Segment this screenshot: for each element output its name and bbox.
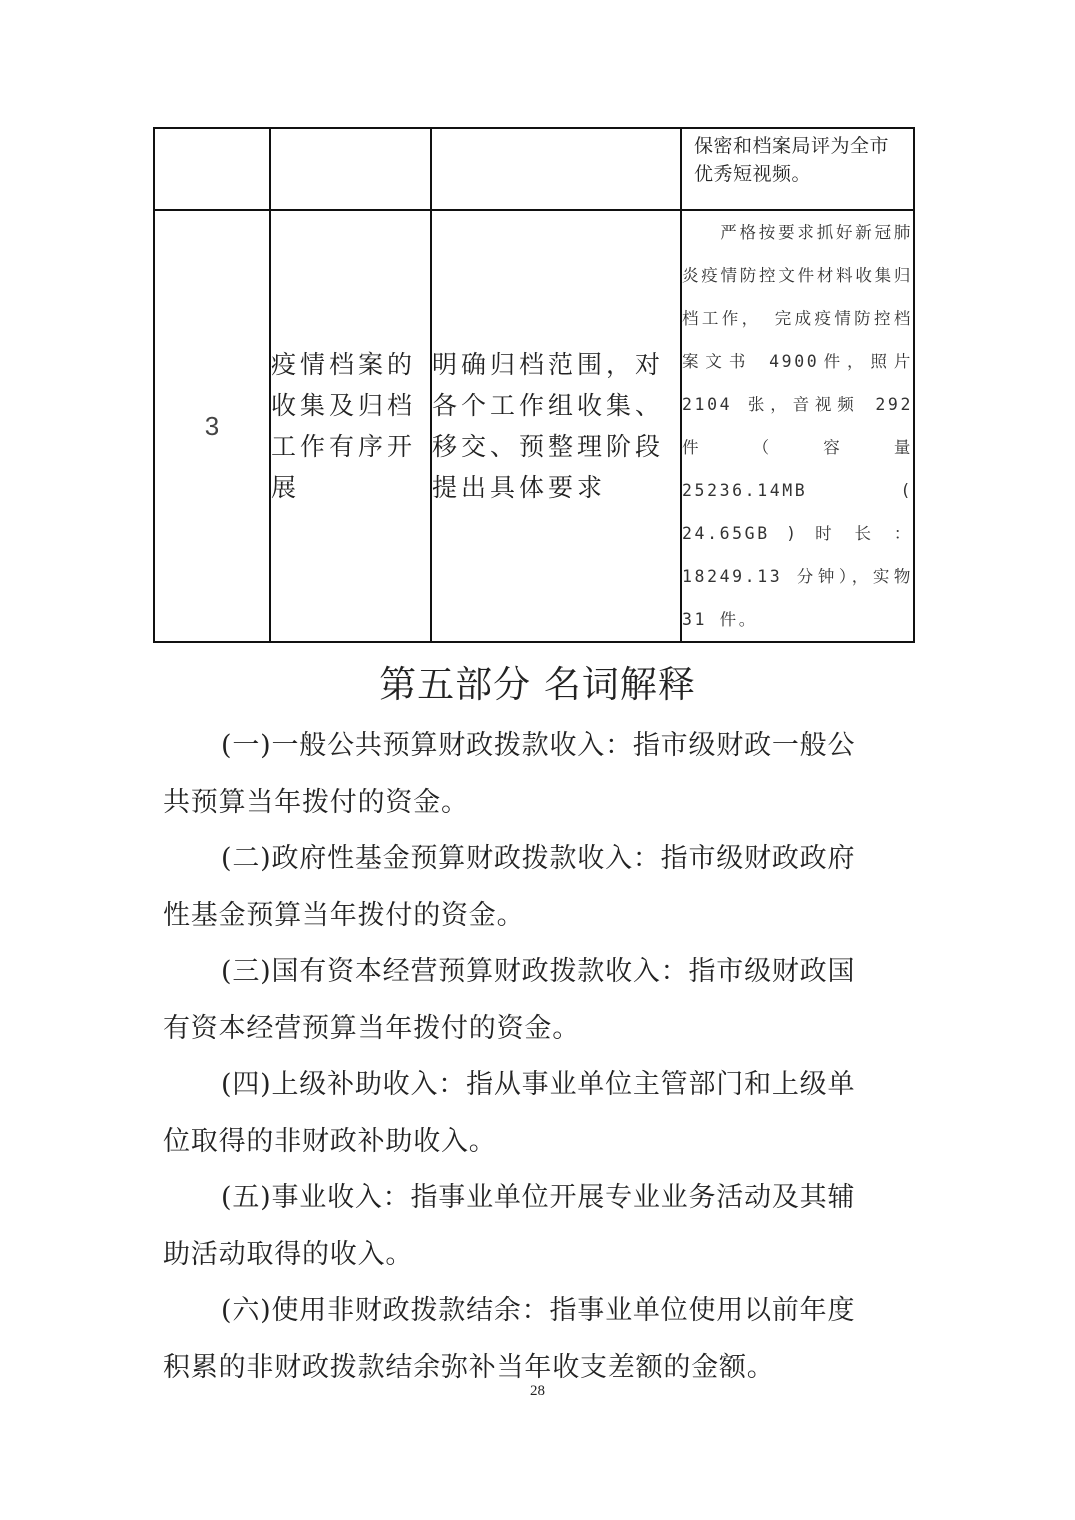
table-cell-requirement: 明确归档范围，对各个工作组收集、移交、预整理阶段提出具体要求 [431, 210, 681, 642]
table-cell-task: 疫情档案的收集及归档工作有序开展 [270, 210, 431, 642]
achievements-table: 保密和档案局评为全市优秀短视频。 3 疫情档案的收集及归档工作有序开展 明确归档… [153, 127, 915, 643]
table-cell-task-empty [270, 128, 431, 210]
table-cell-result: 保密和档案局评为全市优秀短视频。 [681, 128, 914, 210]
table-row-continued: 保密和档案局评为全市优秀短视频。 [154, 128, 914, 210]
table-cell-result: 严格按要求抓好新冠肺炎疫情防控文件材料收集归档工作， 完成疫情防控档案文书 49… [681, 210, 914, 642]
glossary-body: (一)一般公共预算财政拨款收入：指市级财政一般公共预算当年拨付的资金。 (二)政… [163, 718, 883, 1396]
result-text-continued: 保密和档案局评为全市优秀短视频。 [682, 129, 913, 188]
table-cell-number: 3 [154, 210, 270, 642]
table-row-3: 3 疫情档案的收集及归档工作有序开展 明确归档范围，对各个工作组收集、移交、预整… [154, 210, 914, 642]
glossary-paragraph: (五)事业收入：指事业单位开展专业业务活动及其辅助活动取得的收入。 [163, 1170, 883, 1283]
result-text: 严格按要求抓好新冠肺炎疫情防控文件材料收集归档工作， 完成疫情防控档案文书 49… [682, 223, 913, 629]
glossary-paragraph: (六)使用非财政拨款结余：指事业单位使用以前年度积累的非财政拨款结余弥补当年收支… [163, 1283, 883, 1396]
glossary-paragraph: (二)政府性基金预算财政拨款收入：指市级财政政府性基金预算当年拨付的资金。 [163, 831, 883, 944]
glossary-paragraph: (一)一般公共预算财政拨款收入：指市级财政一般公共预算当年拨付的资金。 [163, 718, 883, 831]
glossary-paragraph: (三)国有资本经营预算财政拨款收入：指市级财政国有资本经营预算当年拨付的资金。 [163, 944, 883, 1057]
page-number: 28 [0, 1383, 1075, 1400]
table-cell-requirement-empty [431, 128, 681, 210]
glossary-paragraph: (四)上级补助收入：指从事业单位主管部门和上级单位取得的非财政补助收入。 [163, 1057, 883, 1170]
section-heading: 第五部分 名词解释 [0, 654, 1075, 708]
table-cell-number-empty [154, 128, 270, 210]
